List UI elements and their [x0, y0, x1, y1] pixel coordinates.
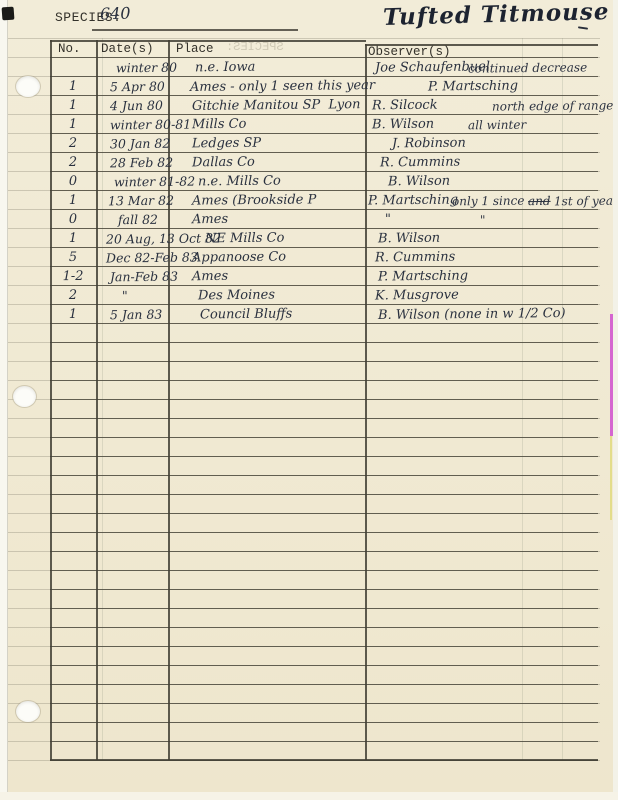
column-header-dates: Date(s): [101, 42, 154, 56]
cell-date: Dec 82-Feb 83: [106, 250, 198, 266]
species-number: 640: [100, 3, 131, 23]
cell-date: ": [122, 288, 128, 303]
cell-no: 1-2: [52, 269, 94, 284]
cell-date: Jan-Feb 83: [110, 269, 178, 285]
column-header-no: No.: [58, 42, 81, 56]
cell-no: 1: [52, 79, 94, 94]
species-name: Tufted Titmouse: [383, 0, 610, 31]
cell-observer: B. Wilson: [372, 117, 434, 133]
cell-observer: B. Wilson: [378, 231, 440, 247]
cell-observer: K. Musgrove: [375, 288, 459, 304]
cell-date: winter 80-81: [110, 117, 191, 133]
cell-date: 4 Jun 80: [110, 98, 163, 114]
table-row: 2 28 Feb 82 Dallas Co R. Cummins: [0, 152, 618, 171]
cell-place: n.e. Iowa: [195, 60, 255, 76]
cell-note: 1st of year: [554, 194, 618, 209]
table-row: 0 winter 81-82 n.e. Mills Co B. Wilson: [0, 171, 618, 190]
cell-observer: P. Martsching: [378, 269, 468, 285]
table-row: 1 5 Apr 80 Ames - only 1 seen this year …: [0, 76, 618, 95]
cell-observer: R. Silcock: [372, 98, 438, 114]
cell-place: Mills Co: [192, 117, 247, 133]
scan-corner-mark: [2, 7, 15, 21]
cell-place: Ames - only 1 seen this year: [190, 78, 375, 95]
cell-no: 0: [52, 174, 94, 189]
cell-observer: R. Cummins: [380, 155, 460, 171]
scan-edge: [613, 0, 618, 800]
cell-observer: P. Martsching: [368, 193, 458, 209]
cell-note: ": [480, 213, 486, 227]
table-border: [50, 759, 598, 761]
cell-date: 20 Aug, 13 Oct 82: [106, 230, 221, 246]
scanned-record-sheet: SPECIES: SPECIES: 640 Tufted Titmouse No…: [0, 0, 618, 800]
cell-place: Ames: [192, 269, 228, 284]
cell-note: only 1 since: [452, 194, 525, 209]
cell-place: Gitchie Manitou SP Lyon: [192, 97, 361, 114]
cell-no: 2: [52, 155, 94, 170]
cell-date: 13 Mar 82: [108, 193, 174, 209]
table-row: 2 " Des Moines K. Musgrove: [0, 285, 618, 304]
cell-no: 0: [52, 212, 94, 227]
scan-mark-pink: [610, 314, 613, 436]
cell-date: 5 Apr 80: [110, 79, 165, 95]
cell-date: 28 Feb 82: [110, 155, 173, 171]
cell-date: 30 Jan 82: [110, 136, 170, 152]
cell-note: all winter: [468, 118, 526, 133]
cell-note: north edge of range: [492, 98, 613, 113]
cell-place: Council Bluffs: [200, 307, 292, 323]
punch-hole: [13, 386, 36, 407]
scan-mark-yellow: [610, 436, 612, 520]
cell-observer: J. Robinson: [392, 136, 466, 152]
cell-date: fall 82: [118, 212, 158, 227]
table-row: winter 80 n.e. Iowa Joe Schaufenbuel con…: [0, 57, 618, 76]
table-row: 1 winter 80-81 Mills Co B. Wilson all wi…: [0, 114, 618, 133]
cell-no: 2: [52, 136, 94, 151]
scan-edge: [0, 792, 618, 800]
table-row: 5 Dec 82-Feb 83 Appanoose Co R. Cummins: [0, 247, 618, 266]
pen-mark: [578, 26, 588, 29]
column-header-place: Place: [176, 42, 214, 56]
table-row: 1 5 Jan 83 Council Bluffs B. Wilson (non…: [0, 304, 618, 323]
punch-hole: [16, 701, 40, 722]
cell-place: Appanoose Co: [192, 250, 286, 266]
cell-observer: R. Cummins: [375, 250, 455, 266]
cell-place: NE Mills Co: [205, 231, 285, 247]
cell-date: winter 81-82: [114, 174, 195, 190]
table-row: 2 30 Jan 82 Ledges SP J. Robinson: [0, 133, 618, 152]
table-row: 1-2 Jan-Feb 83 Ames P. Martsching: [0, 266, 618, 285]
table-row: 1 4 Jun 80 Gitchie Manitou SP Lyon R. Si…: [0, 95, 618, 114]
table-row: 1 13 Mar 82 Ames (Brookside P P. Martsch…: [0, 190, 618, 209]
table-row: 0 fall 82 Ames " ": [0, 209, 618, 228]
table-row: 1 20 Aug, 13 Oct 82 NE Mills Co B. Wilso…: [0, 228, 618, 247]
cell-no: 1: [52, 98, 94, 113]
scan-edge: [0, 0, 8, 800]
cell-no: 5: [52, 250, 94, 265]
cell-no: 1: [52, 231, 94, 246]
cell-observer: P. Martsching: [428, 79, 518, 95]
bleed-through-text: SPECIES:: [226, 40, 284, 54]
cell-place: Dallas Co: [192, 155, 255, 171]
species-underline: [92, 29, 298, 31]
cell-place: Ames: [192, 212, 228, 227]
cell-place: n.e. Mills Co: [198, 174, 281, 190]
cell-no: 1: [52, 117, 94, 132]
cell-note: continued decrease: [468, 60, 587, 75]
cell-place: Ames (Brookside P: [192, 192, 316, 208]
cell-observer: B. Wilson (none in w 1/2 Co): [378, 306, 566, 323]
cell-date: winter 80: [116, 60, 177, 76]
cell-observer: ": [385, 212, 391, 227]
cell-no: 1: [52, 193, 94, 208]
cell-no: 2: [52, 288, 94, 303]
cell-place: Des Moines: [198, 288, 275, 304]
cell-no: 1: [52, 307, 94, 322]
cell-date: 5 Jan 83: [110, 307, 162, 323]
cell-note-struck: and: [528, 194, 551, 208]
cell-observer: B. Wilson: [388, 174, 450, 190]
punch-hole: [16, 76, 40, 97]
cell-place: Ledges SP: [192, 136, 261, 152]
